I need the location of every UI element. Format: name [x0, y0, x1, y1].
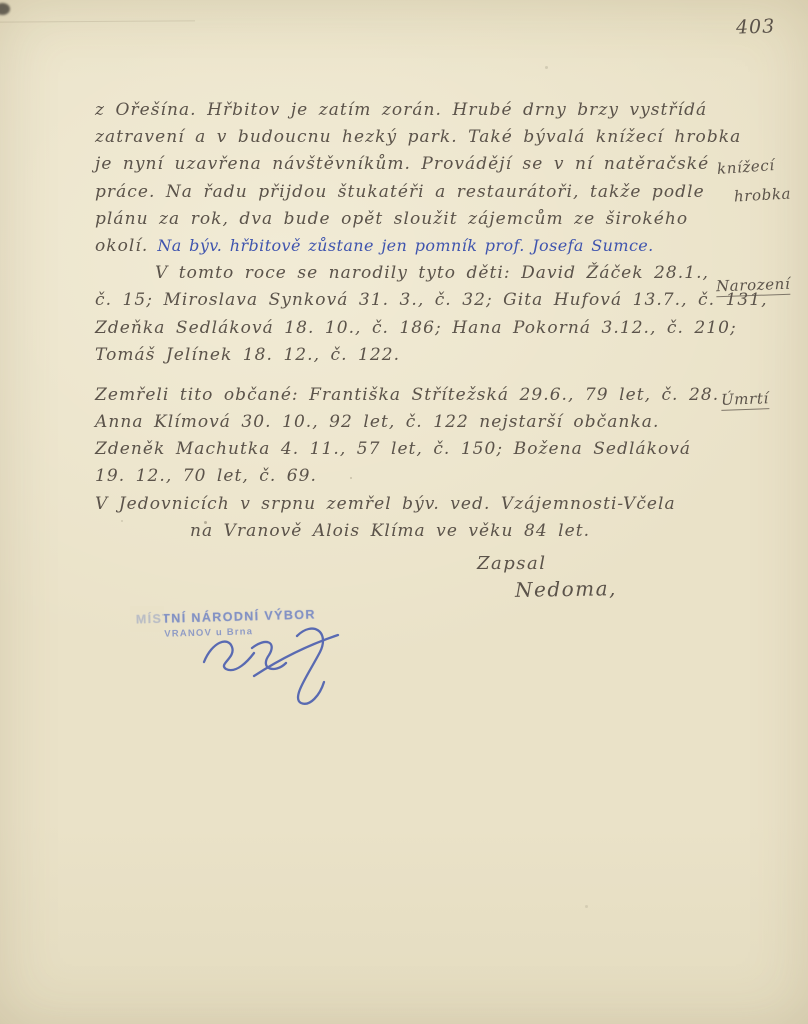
signature-scribble-icon [196, 612, 346, 707]
text-line: práce. Na řadu přijdou štukatéři a resta… [95, 182, 735, 209]
chairman-ink-signature [196, 612, 346, 711]
paragraph-births: V tomto roce se narodily tyto děti: Davi… [95, 263, 735, 372]
text-line: č. 15; Miroslava Synková 31. 3., č. 32; … [95, 290, 735, 317]
text-line: Zdeněk Machutka 4. 11., 57 let, č. 150; … [95, 439, 735, 466]
page-number: 403 [735, 15, 775, 38]
text-line: V Jedovnicích v srpnu zemřel býv. ved. V… [95, 494, 735, 521]
scribe-name: Nedoma, [515, 576, 617, 602]
text-line: Anna Klímová 30. 10., 92 let, č. 122 nej… [95, 412, 735, 439]
text-line-mixed-ink: okolí.Na býv. hřbitově zůstane jen pomní… [95, 236, 735, 263]
margin-note-cemetery-line2: hrobka [734, 185, 792, 206]
births-label: Narození [716, 275, 791, 298]
text-line: plánu za rok, dva bude opět sloužit záje… [95, 209, 735, 236]
blue-ink-addition: Na býv. hřbitově zůstane jen pomník prof… [157, 236, 653, 255]
paragraph-jedovnice-death: V Jedovnicích v srpnu zemřel býv. ved. V… [95, 494, 735, 548]
pencil-text: okolí. [95, 236, 148, 256]
text-line: Zdeňka Sedláková 18. 10., č. 186; Hana P… [95, 318, 735, 345]
text-line: Tomáš Jelínek 18. 12., č. 122. [95, 345, 735, 372]
margin-note-deaths: Úmrtí [721, 389, 769, 409]
margin-note-births: Narození [716, 275, 791, 296]
text-line: na Vranově Alois Klíma ve věku 84 let. [95, 521, 735, 548]
text-line: z Ořešína. Hřbitov je zatím zorán. Hrubé… [95, 100, 735, 127]
recorded-by-label: Zapsal [477, 553, 617, 574]
paper-speck [545, 66, 548, 69]
paragraph-cemetery: z Ořešína. Hřbitov je zatím zorán. Hrubé… [95, 100, 735, 263]
paragraph-deaths: Zemřeli tito občané: Františka Střítežsk… [95, 385, 735, 494]
chronicle-text-block: z Ořešína. Hřbitov je zatím zorán. Hrubé… [95, 100, 735, 548]
deaths-label: Úmrtí [721, 389, 770, 411]
paper-speck [585, 905, 588, 908]
text-line: Zemřeli tito občané: Františka Střítežsk… [95, 385, 735, 412]
text-line: V tomto roce se narodily tyto děti: Davi… [95, 263, 735, 290]
scribe-signature-block: Zapsal Nedoma, [477, 553, 617, 601]
text-line: 19. 12., 70 let, č. 69. [95, 466, 735, 493]
text-line: zatravení a v budoucnu hezký park. Také … [95, 127, 735, 154]
text-line: je nyní uzavřena návštěvníkům. Provádějí… [95, 154, 735, 181]
